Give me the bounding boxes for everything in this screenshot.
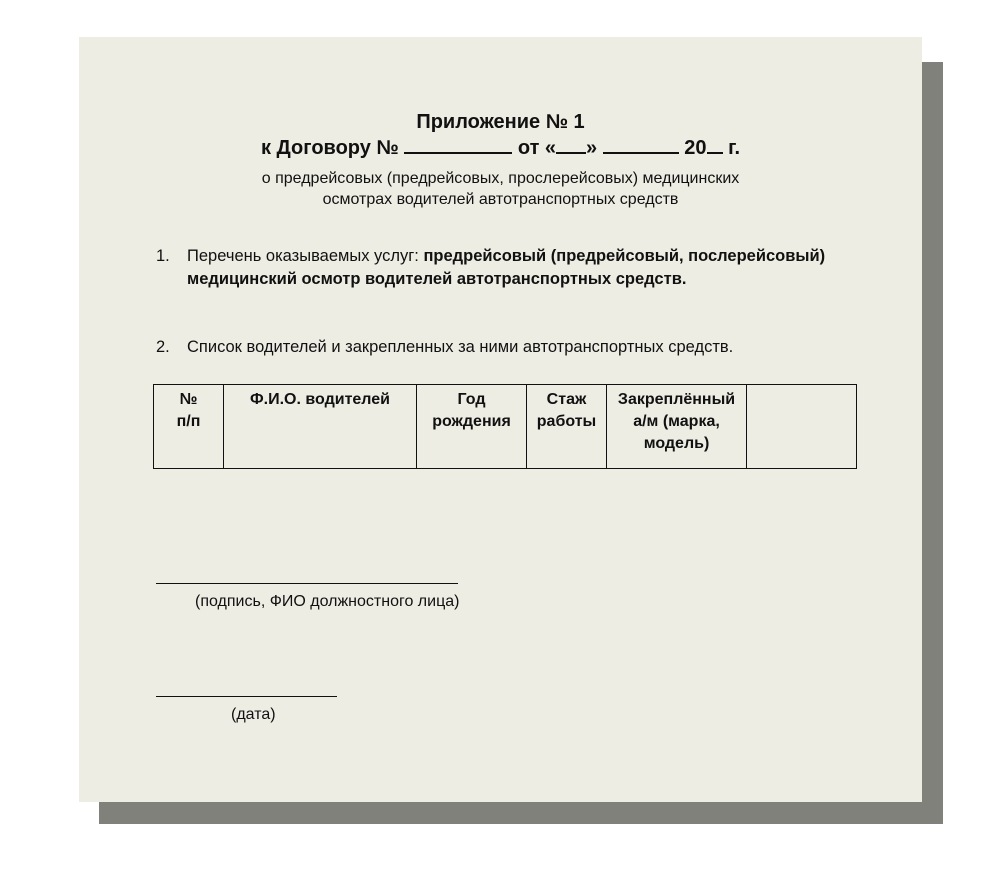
list-item-text: Перечень оказываемых услуг: предрейсовый… (187, 245, 837, 291)
date-line[interactable] (156, 696, 337, 697)
drivers-table: №п/п Ф.И.О. водителей Годрождения Стажра… (153, 384, 857, 469)
contract-number-blank[interactable] (404, 136, 512, 154)
year-blank[interactable] (707, 136, 723, 154)
contract-prefix: к Договору № (261, 137, 399, 159)
from-label: от « (518, 137, 556, 159)
services-label: Перечень оказываемых услуг: (187, 247, 423, 265)
list-item-number: 2. (156, 336, 170, 359)
date-caption: (дата) (231, 705, 276, 725)
signature-line[interactable] (156, 583, 458, 584)
column-header-experience: Стажработы (527, 385, 607, 469)
column-header-driver-name: Ф.И.О. водителей (224, 385, 417, 469)
column-header-birth-year: Годрождения (417, 385, 527, 469)
list-item-text: Список водителей и закрепленных за ними … (187, 336, 837, 359)
document-title: Приложение № 1 (79, 109, 922, 135)
column-header-vehicle: Закреплённыйа/м (марка,модель) (607, 385, 747, 469)
document-subtitle: о предрейсовых (предрейсовых, прослерейс… (79, 168, 922, 210)
contract-reference-line: к Договору № от «» 20 г. (79, 135, 922, 161)
list-item-number: 1. (156, 245, 170, 268)
subtitle-line-1: о предрейсовых (предрейсовых, прослерейс… (79, 168, 922, 189)
year-suffix: г. (728, 137, 740, 159)
month-blank[interactable] (603, 136, 679, 154)
column-header-number: №п/п (154, 385, 224, 469)
signature-caption: (подпись, ФИО должностного лица) (195, 592, 459, 612)
quote-close: » (586, 137, 597, 159)
day-blank[interactable] (556, 136, 586, 154)
document-page: Приложение № 1 к Договору № от «» 20 г. … (79, 37, 922, 802)
year-prefix: 20 (684, 137, 706, 159)
subtitle-line-2: осмотрах водителей автотранспортных сред… (79, 189, 922, 210)
table-header-row: №п/п Ф.И.О. водителей Годрождения Стажра… (154, 385, 857, 469)
column-header-empty (747, 385, 857, 469)
